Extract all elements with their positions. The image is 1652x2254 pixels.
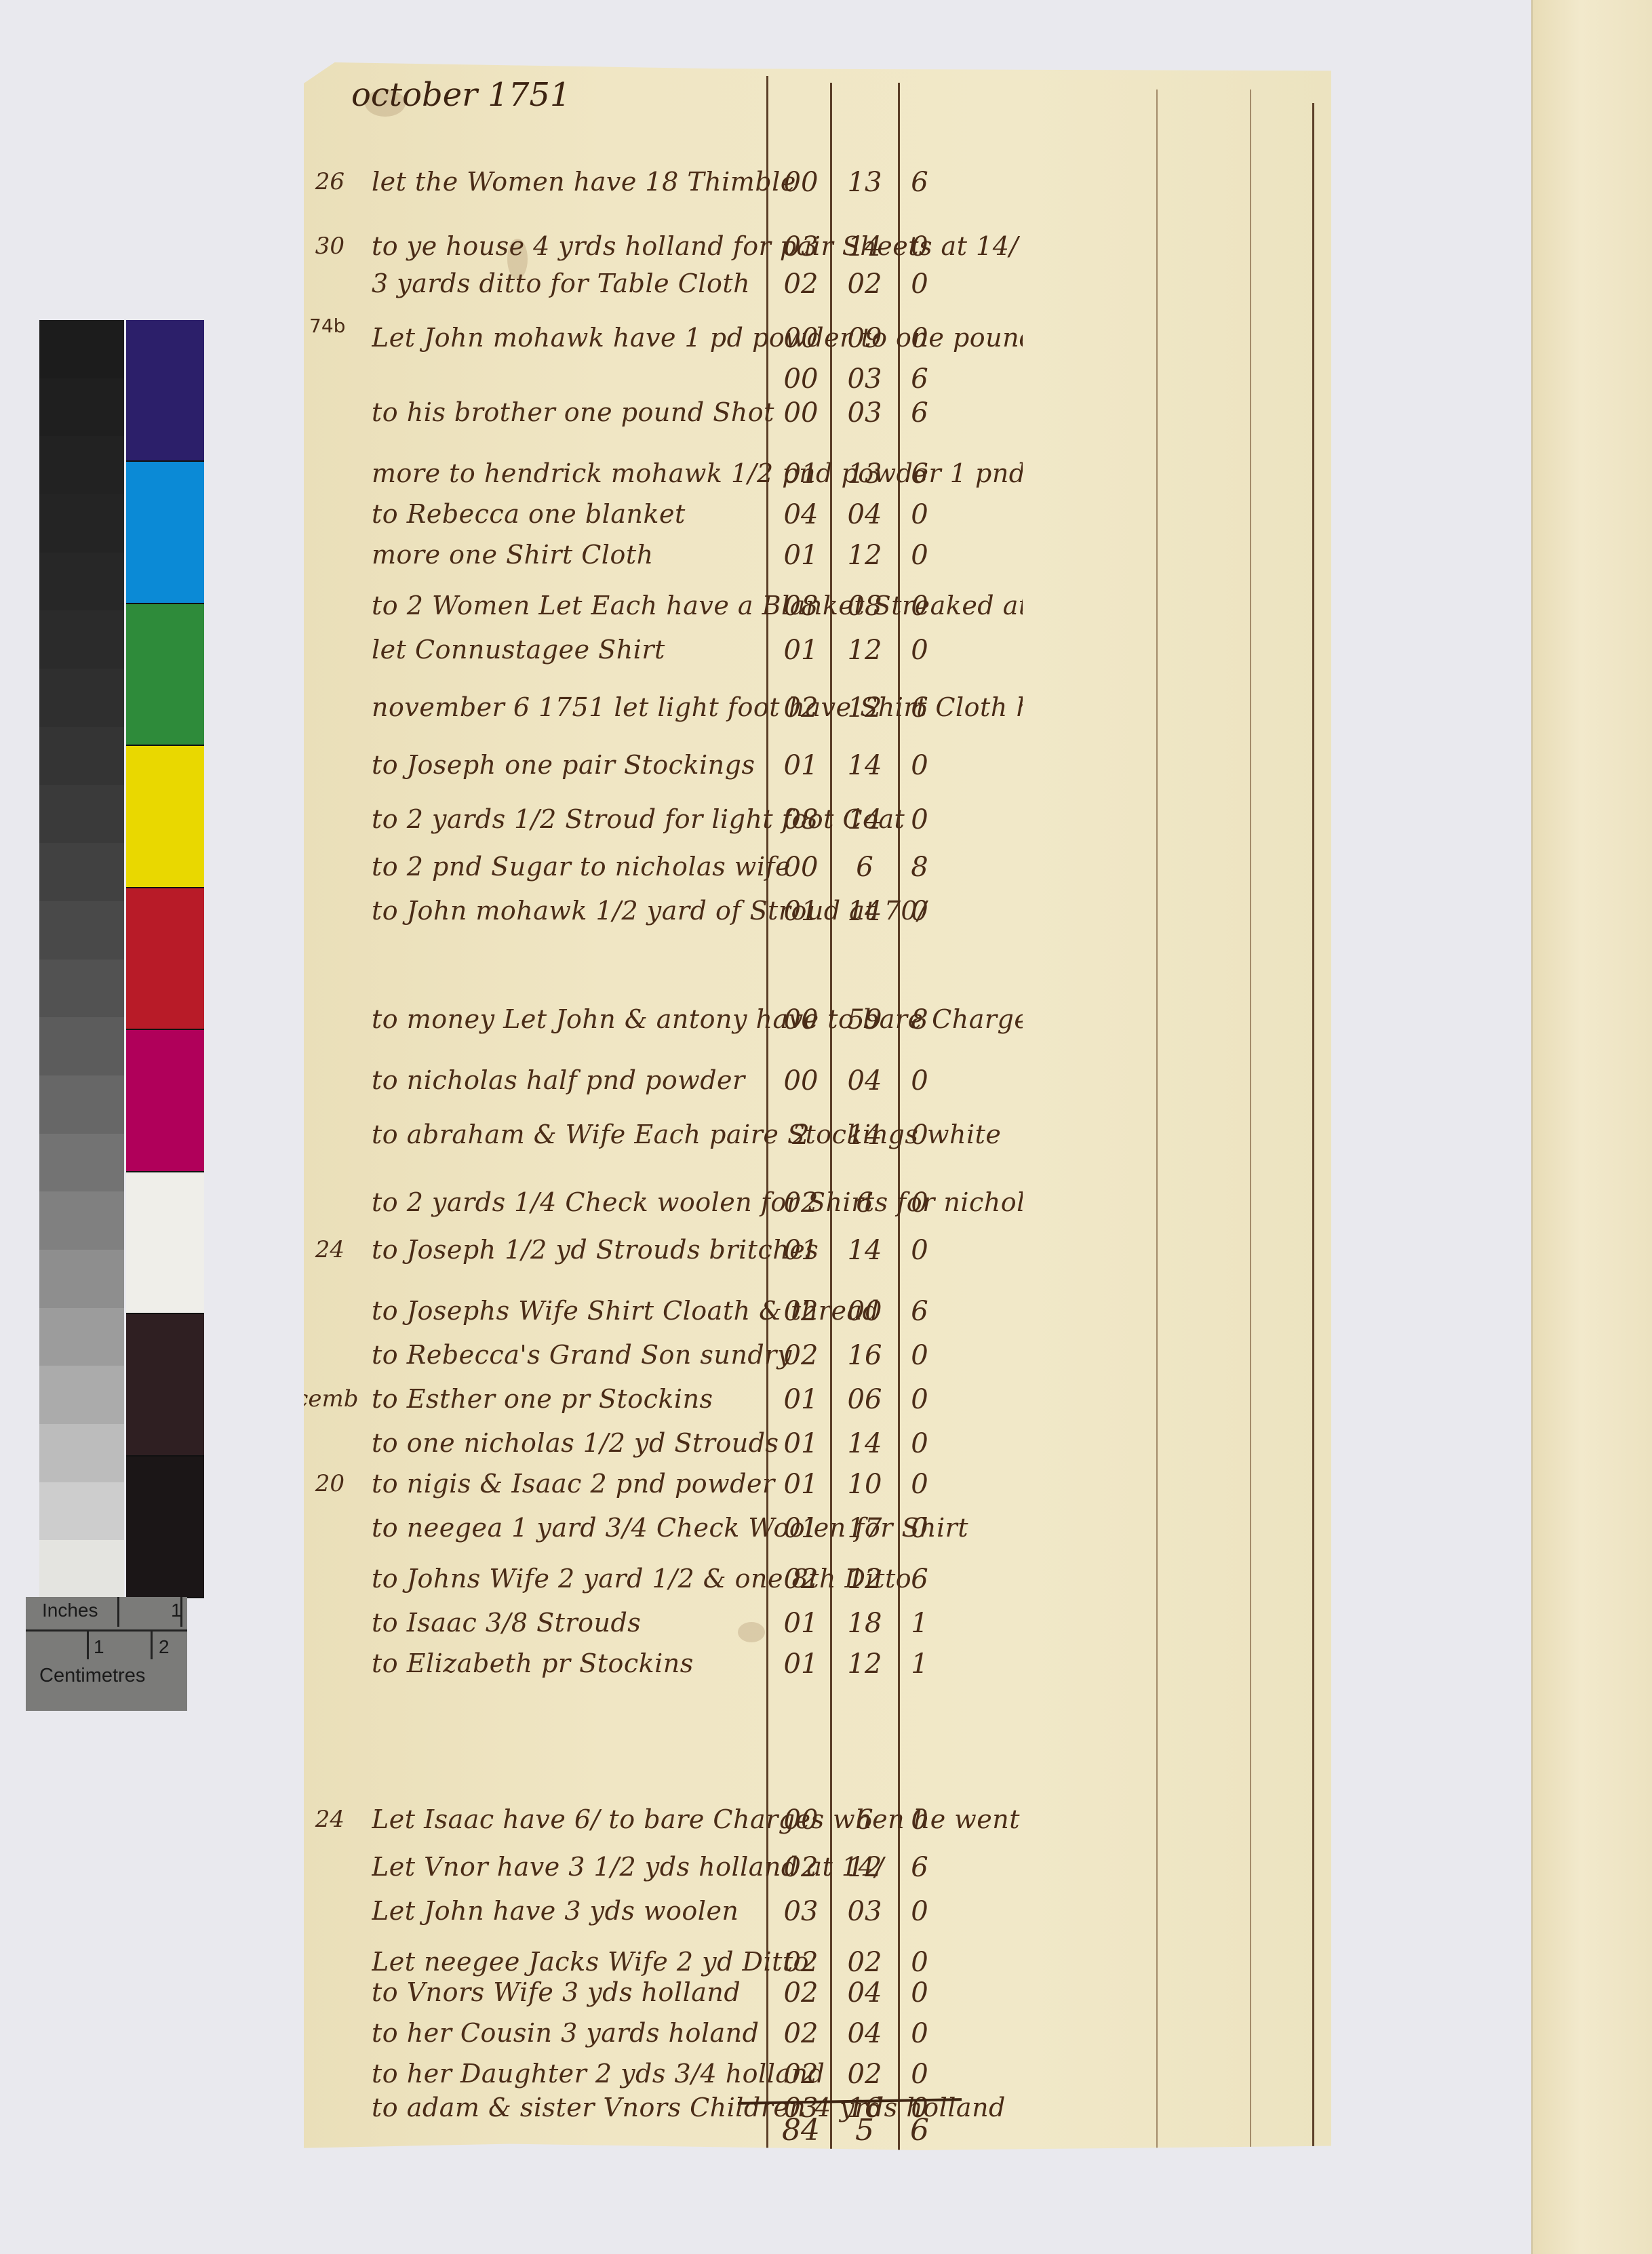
entry-shillings: 04 [834,2018,895,2049]
entry-pounds: 02 [770,1296,831,1327]
entry-shillings: 02 [834,2059,895,2090]
color-patch-blue-violet [126,320,204,462]
ledger-row: to Joseph one pair Stockings01140 [304,747,1331,785]
entry-pence: 6 [899,1564,940,1595]
entry-date: 20 [263,1470,345,1497]
ledger-row: Let John mohawk have 1 pd powder to one … [304,320,1331,358]
ledger-row: to Rebecca one blanket04040 [304,496,1331,534]
entry-pounds: 01 [770,1608,831,1639]
entry-shillings: 04 [834,1977,895,2009]
gray-step [39,1308,124,1366]
gray-step [39,669,124,727]
entry-shillings: 14 [834,750,895,781]
entry-pounds: 00 [770,167,831,198]
entry-pounds: 00 [770,363,831,395]
entry-shillings: 03 [834,397,895,429]
entry-pounds: 02 [770,1564,831,1595]
entry-pounds: 2 [770,1120,831,1151]
color-patch-magenta [126,1030,204,1172]
entry-pounds: 04 [770,499,831,530]
entry-pence: 6 [899,458,940,490]
entry-pounds: 00 [770,852,831,883]
entry-pounds: 08 [770,591,831,622]
entry-pence: 0 [899,1513,940,1544]
gray-step [39,553,124,611]
entry-shillings: 6 [834,852,895,883]
manuscript-page: october 1751 74b 26let the Women have 18… [304,62,1331,2154]
entry-pence: 6 [899,397,940,429]
entry-shillings: 17 [834,1513,895,1544]
entry-pence: 6 [899,692,940,724]
entry-pounds: 01 [770,1235,831,1266]
entry-pounds: 01 [770,635,831,666]
entry-shillings: 12 [834,540,895,571]
entry-pounds: 00 [770,323,831,354]
entry-pence: 6 [899,1852,940,1883]
entry-pence: 0 [899,1187,940,1219]
entry-shillings: 12 [834,1564,895,1595]
entry-pence: 0 [899,231,940,262]
ledger-row: to 2 Women Let Each have a Blanket Strea… [304,588,1331,626]
ledger-row: Let John have 3 yds woolen03030 [304,1893,1331,1931]
entry-shillings: 12 [834,1648,895,1680]
ledger-row: to Josephs Wife Shirt Cloath & thread020… [304,1293,1331,1331]
entry-pence: 0 [899,1340,940,1371]
gray-step [39,494,124,553]
entry-pence: 0 [899,804,940,835]
entry-date: 24 [263,1236,345,1263]
entry-pence: 0 [899,2018,940,2049]
entry-shillings: 13 [834,167,895,198]
entry-shillings: 6 [834,1187,895,1219]
inches-label: Inches [42,1600,98,1621]
entry-pence: 0 [899,1977,940,2009]
entry-pounds: 01 [770,896,831,927]
entry-pounds: 01 [770,1428,831,1459]
total-pence: 6 [899,2113,940,2148]
total-shillings: 5 [834,2113,895,2148]
ledger-row: to John mohawk 1/2 yard of Stroud at 70/… [304,893,1331,931]
entry-pounds: 03 [770,1896,831,1927]
entry-pounds: 00 [770,1065,831,1096]
entry-shillings: 14 [834,1120,895,1151]
gray-step [39,1424,124,1482]
gray-step [39,785,124,844]
ledger-row: to Isaac 3/8 Strouds01181 [304,1605,1331,1643]
entry-pence: 6 [899,167,940,198]
entry-pounds: 02 [770,1947,831,1978]
entry-pence: 8 [899,852,940,883]
gray-step [39,1191,124,1250]
ledger-row: 24to Joseph 1/2 yd Strouds britches01140 [304,1232,1331,1270]
entry-shillings: 00 [834,1296,895,1327]
entry-shillings: 02 [834,1947,895,1978]
entry-shillings: 14 [834,1235,895,1266]
entry-pounds: 08 [770,804,831,835]
entry-shillings: 04 [834,499,895,530]
ledger-row: to his brother one pound Shot00036 [304,395,1331,433]
entry-pounds: 01 [770,1469,831,1500]
entry-shillings: 06 [834,1384,895,1415]
gray-step [39,1075,124,1134]
entry-pence: 0 [899,323,940,354]
gray-step [39,378,124,437]
adjacent-page-edge [1531,0,1652,2254]
entry-shillings: 14 [834,231,895,262]
color-patch-yellow [126,746,204,888]
entry-date: Decemb [263,1385,345,1412]
entry-pounds: 01 [770,750,831,781]
ledger-row: to nicholas half pnd powder00040 [304,1063,1331,1101]
entry-pounds: 02 [770,269,831,300]
entry-date: 26 [263,168,345,195]
ledger-row: 30to ye house 4 yrds holland for pair Sh… [304,229,1331,266]
entry-shillings: 16 [834,1340,895,1371]
entry-shillings: 03 [834,1896,895,1927]
entry-pounds: 02 [770,2059,831,2090]
ledger-row: to her Cousin 3 yards holand02040 [304,2015,1331,2053]
entry-pence: 6 [899,1296,940,1327]
entry-pence: 0 [899,499,940,530]
ledger-row: to Elizabeth pr Stockins01121 [304,1646,1331,1684]
ledger-row: more one Shirt Cloth01120 [304,537,1331,575]
grayscale-strip [39,320,124,1598]
gray-step [39,1017,124,1075]
entry-pounds: 01 [770,458,831,490]
entry-pence: 8 [899,1004,940,1035]
entry-pence: 0 [899,1120,940,1151]
entry-pence: 0 [899,1428,940,1459]
ledger-row: more to hendrick mohawk 1/2 pnd powder 1… [304,456,1331,494]
color-patch-cyan [126,462,204,604]
entry-date: 24 [263,1806,345,1833]
entry-shillings: 02 [834,269,895,300]
entry-shillings: 14 [834,1428,895,1459]
ledger-row: Decembto Esther one pr Stockins01060 [304,1381,1331,1419]
entry-pounds: 02 [770,1187,831,1219]
entry-pence: 1 [899,1608,940,1639]
entry-pence: 0 [899,1947,940,1978]
entry-pounds: 00 [770,1804,831,1836]
entry-pounds: 01 [770,1384,831,1415]
entry-pounds: 01 [770,1513,831,1544]
ledger-row: november 6 1751 let light foot have Shir… [304,690,1331,728]
entry-pounds: 02 [770,692,831,724]
gray-step [39,727,124,785]
ledger-row: to money Let John & antony have to bare … [304,1002,1331,1040]
gray-step [39,1366,124,1424]
centimetres-label: Centimetres [39,1665,145,1687]
ledger-row: to one nicholas 1/2 yd Strouds01140 [304,1425,1331,1463]
ledger-row: to abraham & Wife Each paire Stockings w… [304,1117,1331,1155]
color-patch-red [126,888,204,1030]
entry-shillings: 14 [834,896,895,927]
entry-pounds: 01 [770,540,831,571]
ledger-row: let Connustagee Shirt01120 [304,632,1331,670]
entry-shillings: 6 [834,1804,895,1836]
entry-pounds: 02 [770,1852,831,1883]
color-patch-green [126,604,204,746]
color-patch-white [126,1172,204,1314]
entry-pence: 0 [899,1065,940,1096]
entry-pence: 0 [899,750,940,781]
ledger-row: 00036 [304,361,1331,399]
gray-step [39,1540,124,1598]
entry-shillings: 10 [834,1469,895,1500]
color-patch-strip [126,320,204,1598]
cm-mark-2: 2 [159,1636,170,1658]
entry-shillings: 14 [834,804,895,835]
ledger-row: to neegea 1 yard 3/4 Check Woolen for Sh… [304,1510,1331,1548]
ledger-row: to her Daughter 2 yds 3/4 holland02020 [304,2056,1331,2094]
entry-pence: 0 [899,1804,940,1836]
gray-step [39,901,124,960]
ledger-row: Let Vnor have 3 1/2 yds holland at 14/02… [304,1849,1331,1887]
measurement-ruler: Inches 1 1 2 Centimetres [26,1597,187,1711]
ledger-heading: october 1751 [351,76,570,114]
ledger-total-row: 84 5 6 [304,2110,1331,2158]
entry-pounds: 00 [770,397,831,429]
entry-pence: 0 [899,1896,940,1927]
ledger-row: to 2 pnd Sugar to nicholas wife0068 [304,849,1331,887]
gray-step [39,1482,124,1541]
entry-shillings: 13 [834,458,895,490]
entry-pence: 0 [899,1235,940,1266]
entry-shillings: 12 [834,1852,895,1883]
ledger-row: 20to nigis & Isaac 2 pnd powder01100 [304,1466,1331,1504]
entry-pence: 6 [899,363,940,395]
color-patch-dark-brown [126,1314,204,1456]
entry-pence: 0 [899,896,940,927]
entry-pence: 0 [899,635,940,666]
entry-shillings: 12 [834,635,895,666]
entry-shillings: 18 [834,1608,895,1639]
color-patch-black [126,1457,204,1598]
entry-pence: 1 [899,1648,940,1680]
ledger-row: 3 yards ditto for Table Cloth02020 [304,266,1331,304]
ledger-row: to 2 yards 1/2 Stroud for light foot Coa… [304,802,1331,839]
entry-pounds: 02 [770,1977,831,2009]
entry-pence: 0 [899,591,940,622]
ledger-row: to Johns Wife 2 yard 1/2 & one 8th Ditto… [304,1561,1331,1599]
ledger-row: to 2 yards 1/4 Check woolen for Shirts f… [304,1185,1331,1223]
gray-step [39,320,124,378]
cm-mark-1: 1 [94,1636,104,1658]
entry-shillings: 12 [834,692,895,724]
entry-pence: 0 [899,1469,940,1500]
entry-pence: 0 [899,1384,940,1415]
entry-pence: 0 [899,540,940,571]
ledger-row: to Rebecca's Grand Son sundry02160 [304,1337,1331,1375]
entry-shillings: 08 [834,591,895,622]
total-pounds: 84 [770,2113,831,2148]
gray-step [39,960,124,1018]
gray-step [39,610,124,669]
ledger-row: 24Let Isaac have 6/ to bare Charges when… [304,1802,1331,1840]
entry-pounds: 02 [770,1340,831,1371]
entry-pence: 0 [899,269,940,300]
gray-step [39,843,124,901]
entry-pounds: 01 [770,1648,831,1680]
entry-shillings: 04 [834,1065,895,1096]
ledger-row: 26let the Women have 18 Thimble00136 [304,164,1331,202]
ledger-row: to Vnors Wife 3 yds holland02040 [304,1975,1331,2013]
entry-shillings: 09 [834,323,895,354]
gray-step [39,1134,124,1192]
entry-date: 30 [263,233,345,260]
entry-pounds: 02 [770,2018,831,2049]
gray-step [39,1250,124,1308]
entry-pounds: 03 [770,231,831,262]
gray-step [39,436,124,494]
entry-pence: 0 [899,2059,940,2090]
entry-pounds: 00 [770,1004,831,1035]
entry-shillings: 59 [834,1004,895,1035]
entry-shillings: 03 [834,363,895,395]
